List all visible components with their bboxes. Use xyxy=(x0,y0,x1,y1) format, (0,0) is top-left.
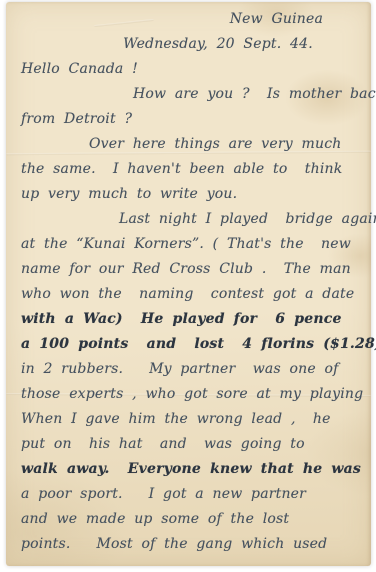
letter-line: put on his hat and was going to xyxy=(21,432,363,457)
letter-line: points. Most of the gang which used xyxy=(21,532,363,557)
letter-line: who won the naming contest got a date xyxy=(21,282,363,307)
letter-location: New Guinea xyxy=(21,7,363,32)
letter-line: When I gave him the wrong lead , he xyxy=(21,407,363,432)
letter-line: those experts , who got sore at my playi… xyxy=(21,382,363,407)
letter-line: Last night I played bridge again xyxy=(21,207,363,232)
letter-line: How are you ? Is mother back xyxy=(21,82,363,107)
letter-paper: New Guinea Wednesday, 20 Sept. 44. Hello… xyxy=(6,2,371,566)
letter-line: Over here things are very much xyxy=(21,132,363,157)
letter-line: name for our Red Cross Club . The man xyxy=(21,257,363,282)
letter-text: New Guinea Wednesday, 20 Sept. 44. Hello… xyxy=(6,2,371,566)
letter-line: at the “Kunai Korners”. ( That's the new xyxy=(21,232,363,257)
letter-salutation: Hello Canada ! xyxy=(21,57,363,82)
letter-line: up very much to write you. xyxy=(21,182,363,207)
letter-date: Wednesday, 20 Sept. 44. xyxy=(21,32,363,57)
letter-line: with a Wac) He played for 6 pence xyxy=(21,307,363,332)
letter-line: in 2 rubbers. My partner was one of xyxy=(21,357,363,382)
letter-line: and we made up some of the lost xyxy=(21,507,363,532)
letter-line: a poor sport. I got a new partner xyxy=(21,482,363,507)
photo-background: New Guinea Wednesday, 20 Sept. 44. Hello… xyxy=(0,0,376,572)
letter-line: a 100 points and lost 4 florins ($1.28) xyxy=(21,332,363,357)
letter-line: the same. I haven't been able to think xyxy=(21,157,363,182)
letter-line: walk away. Everyone knew that he was xyxy=(21,457,363,482)
letter-line: from Detroit ? xyxy=(21,107,363,132)
